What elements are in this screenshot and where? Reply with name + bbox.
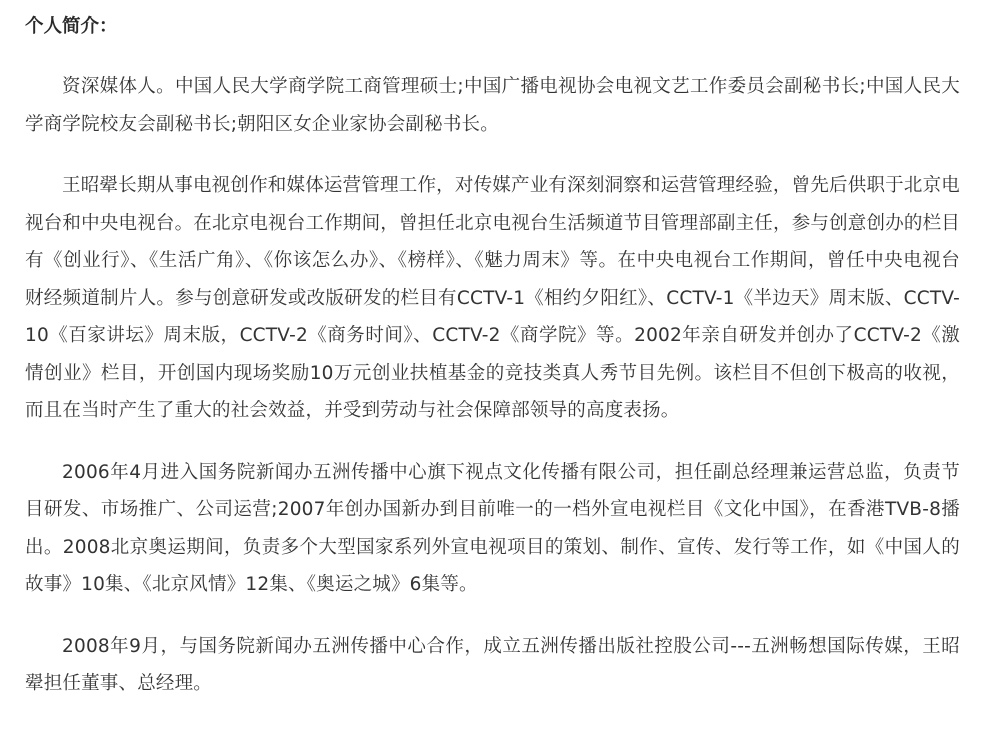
paragraph-credentials: 资深媒体人。中国人民大学商学院工商管理硕士;中国广播电视协会电视文艺工作委员会副…: [25, 68, 960, 143]
paragraph-2006-career: 2006年4月进入国务院新闻办五洲传播中心旗下视点文化传播有限公司，担任副总经理…: [25, 454, 960, 604]
section-heading: 个人简介：: [25, 12, 960, 42]
profile-document: 个人简介： 资深媒体人。中国人民大学商学院工商管理硕士;中国广播电视协会电视文艺…: [0, 0, 985, 703]
paragraph-2008-career: 2008年9月，与国务院新闻办五洲传播中心合作，成立五洲传播出版社控股公司---…: [25, 628, 960, 703]
paragraph-tv-career: 王昭翚长期从事电视创作和媒体运营管理工作，对传媒产业有深刻洞察和运营管理经验，曾…: [25, 167, 960, 430]
